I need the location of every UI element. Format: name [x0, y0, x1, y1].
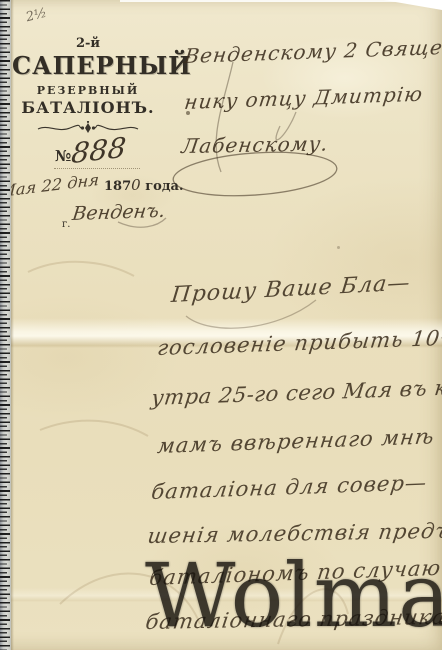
place-value: Венденъ. [71, 200, 166, 225]
unit-name: САПЕРНЫЙ [12, 51, 164, 80]
recipient-line: нику отцу Дмитрію [183, 82, 425, 114]
body-line: гословеніе прибыть 10½ ча. [156, 324, 442, 360]
pencil-annotation: 2½ [24, 6, 48, 26]
paper-edge-shadow [11, 0, 14, 650]
dotted-underline [54, 168, 140, 169]
recipient-line: Лабенскому. [180, 131, 330, 158]
watermark-text: Wolmar [145, 552, 442, 640]
unit-subtitle: РЕЗЕРВНЫЙ [12, 84, 164, 97]
unit-number: 2-й [12, 36, 164, 51]
year-digit-handwritten: 0 [131, 176, 141, 194]
ink-fleck [337, 246, 340, 249]
year-printed: 187 [104, 179, 131, 194]
doc-number-label: № [55, 147, 71, 165]
body-line: мамъ ввѣреннаго мнѣ [156, 424, 436, 458]
ruler-icon [0, 0, 11, 650]
body-line: Прошу Ваше Бла— [170, 271, 412, 308]
year-suffix: года. [145, 179, 183, 194]
scanned-document: 2½ 2-й САПЕРНЫЙ РЕЗЕРВНЫЙ БАТАЛІОНЪ. № 8… [0, 0, 442, 650]
recipient-line: Венденскому 2 Священ [183, 35, 442, 68]
date-handwritten: Мая 22 дня [0, 170, 100, 201]
scan-edge-top [120, 0, 402, 2]
body-line: баталіона для совер— [150, 470, 429, 504]
body-line: утра 25-го сего Мая въ казар— [150, 373, 442, 410]
unit-kind: БАТАЛІОНЪ. [12, 98, 164, 117]
ruler-ticks [0, 0, 7, 650]
doc-number-value: 888 [70, 131, 127, 170]
place-label: г. [62, 219, 70, 230]
date-printed: 1870 года. [104, 176, 183, 194]
